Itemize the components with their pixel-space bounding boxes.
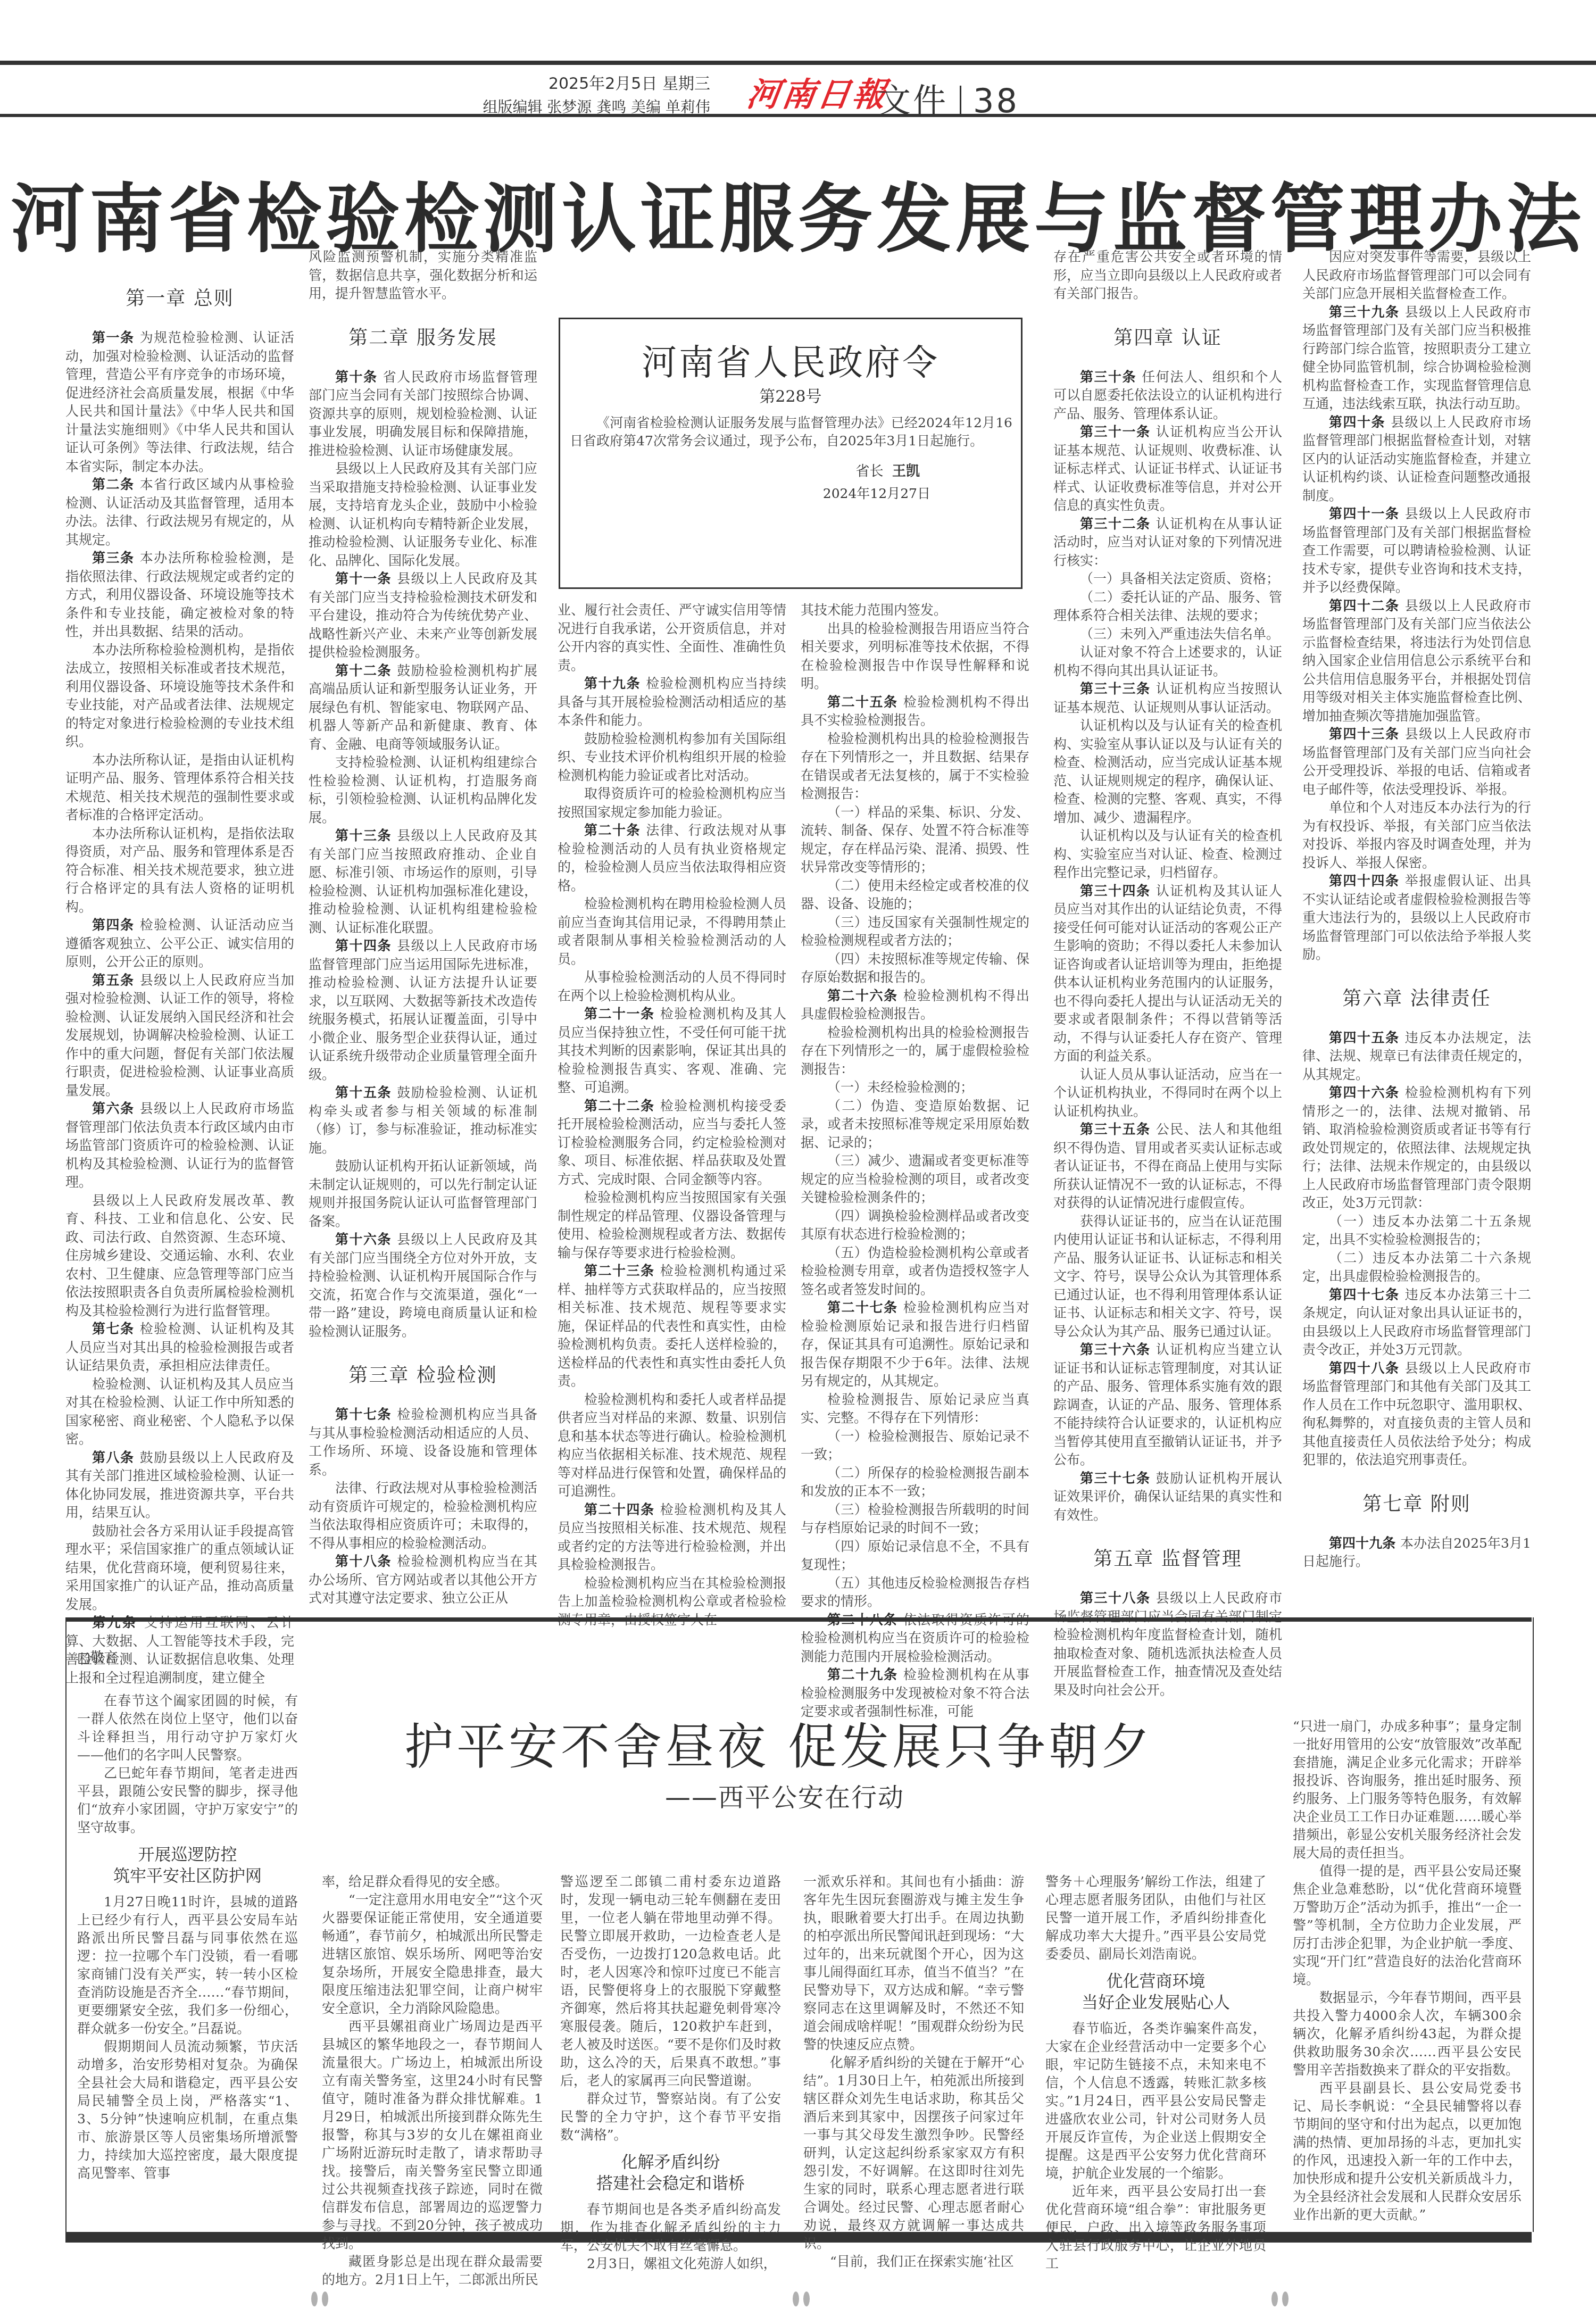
article-paragraph: 本办法所称认证机构，是指依法取得资质，对产品、服务和管理体系是否符合标准、相关技…: [65, 825, 294, 917]
article-text: 县级以上人民政府市场监督管理部门及有关部门应当依法公示监督检查结果，将违法行为处…: [1302, 598, 1531, 724]
chapter-heading: 第七章 附则: [1302, 1493, 1531, 1516]
article-number: 第四十条: [1329, 414, 1391, 430]
chapter-heading: 第一章 总则: [65, 287, 294, 311]
feature-paragraph: 乙巳蛇年春节期间，笔者走进西平县，跟随公安民警的脚步，探寻他们“放弃小家团圆，守…: [77, 1764, 298, 1837]
article-text: 从事检验检测活动的人员不得同时在两个以上检验检测机构从业。: [558, 969, 786, 1003]
article-paragraph: 第十二条 鼓励检验检测机构扩展高端品质认证和新型服务认证业务，开展绿色有机、智能…: [309, 662, 537, 754]
article-number: 第八条: [92, 1450, 140, 1465]
article-paragraph: 从事检验检测活动的人员不得同时在两个以上检验检测机构从业。: [558, 968, 786, 1005]
feature-paragraph: 春节期间也是各类矛盾纠纷高发期，作为排查化解矛盾纠纷的主力军，公安机关不敢有丝毫…: [560, 2201, 781, 2255]
article-number: 第二十三条: [584, 1263, 660, 1278]
feature-paragraph: 假期期间人员流动频繁，节庆活动增多，治安形势相对复杂。为确保全县社会大局和谐稳定…: [77, 2038, 298, 2182]
article-paragraph: 单位和个人对违反本办法行为的行为有权投诉、举报，有关部门应当依法对投诉、举报内容…: [1302, 799, 1531, 872]
article-paragraph: 检验检测、认证机构及其人员应当对其在检验检测、认证工作中所知悉的国家秘密、商业秘…: [65, 1375, 294, 1449]
feature-paragraph: “一定注意用水用电安全”“这个灭火器要保证能正常使用，安全通道要畅通”，春节前夕…: [322, 1891, 543, 2018]
article-paragraph: 检验检测机构和委托人或者样品提供者应当对样品的来源、数量、识别信息和基本状态等进…: [558, 1391, 786, 1501]
decree-date: 2024年12月27日: [823, 483, 930, 502]
article-text: （二）伪造、变造原始数据、记录，或者未按照标准等规定采用原始数据、记录的；: [801, 1098, 1029, 1150]
article-text: （二）违反本办法第二十六条规定，出具虚假检验检测报告的。: [1302, 1250, 1531, 1284]
feature-paragraph: 1月27日晚11时许，县城的道路上已经少有行人，西平县公安局车站路派出所民警吕磊…: [77, 1893, 298, 2038]
article-paragraph: 检验检测机构在聘用检验检测人员前应当查询其信用记录，不得聘用禁止或者限制从事相关…: [558, 895, 786, 968]
article-text: （一）未经检验检测的；: [827, 1080, 974, 1095]
article-number: 第十一条: [335, 571, 397, 586]
article-number: 第三十三条: [1080, 681, 1156, 696]
article-number: 第三十一条: [1080, 424, 1156, 439]
government-decree-box: 河南省人民政府令 第228号 《河南省检验检测认证服务发展与监督管理办法》已经2…: [559, 318, 1023, 589]
feature-paragraph: 在春节这个阖家团圆的时候，有一群人依然在岗位上坚守，他们以奋斗诠释担当，用行动守…: [77, 1692, 298, 1764]
article-number: 第十四条: [335, 938, 397, 953]
article-text: 认证机构以及与认证有关的检查机构、实验室应当对认证、检查、检测过程作出完整记录，…: [1053, 828, 1282, 880]
article-number: 第二十条: [584, 823, 646, 838]
signer-name: 王凯: [892, 463, 920, 479]
article-text: 业、履行社会责任、严守诚实信用等情况进行自我承诺，公开资质信息，并对公开内容的真…: [558, 602, 786, 673]
decree-title: 河南省人民政府令: [560, 334, 1021, 385]
feature-subtitle: ——西平公安在行动: [665, 1777, 904, 1814]
article-number: 第十六条: [335, 1232, 397, 1247]
decree-body: 《河南省检验检测认证服务发展与监督管理办法》已经2024年12月16日省政府第4…: [570, 414, 1012, 450]
article-text: 县级以上人民政府市场监督管理部门和其他有关部门及其工作人员在工作中玩忽职守、滥用…: [1302, 1360, 1531, 1468]
feature-paragraph: 一派欢乐祥和。其间也有小插曲：游客年先生因玩套圈游戏与摊主发生争执，眼瞅着要大打…: [803, 1873, 1024, 2054]
article-number: 第十二条: [335, 663, 397, 678]
feature-paragraph: 2月3日，嫘祖文化苑游人如织，: [560, 2255, 781, 2273]
article-paragraph: 第六条 县级以上人民政府市场监督管理部门依法负责本行政区域内由市场监管部门资质许…: [65, 1100, 294, 1192]
chapter-heading: 第二章 服务发展: [309, 327, 537, 350]
feature-paragraph: 西平县副县长、县公安局党委书记、局长李帆说：“全县民辅警将以春节期间的坚守和付出…: [1293, 2079, 1522, 2224]
article-paragraph: （三）减少、遗漏或者变更标准等规定的应当检验检测的项目，或者改变关键检验检测条件…: [801, 1152, 1029, 1207]
article-paragraph: 认证人员从事认证活动，应当在一个认证机构执业，不得同时在两个以上认证机构执业。: [1053, 1066, 1282, 1121]
masthead-bottom-rule: [0, 114, 1596, 117]
article-paragraph: （五）伪造检验检测机构公章或者检验检测专用章，或者伪造授权签字人签名或者签发时间…: [801, 1244, 1029, 1299]
article-paragraph: 认证对象不符合上述要求的，认证机构不得向其出具认证证书。: [1053, 643, 1282, 680]
feature-paragraph: 西平县嫘祖商业广场周边是西平县城区的繁华地段之一，春节期间人流量很大。广场边上，…: [322, 2018, 543, 2253]
article-paragraph: （二）违反本办法第二十六条规定，出具虚假检验检测报告的。: [1302, 1249, 1531, 1286]
masthead-meta: 2025年2月5日 星期三 组版编辑 张梦源 龚鸣 美编 单莉伟: [483, 72, 710, 119]
article-number: 第三十二条: [1080, 516, 1156, 532]
regulation-column-6: 因应对突发事件等需要，县级以上人民政府市场监督管理部门可以会同有关部门应急开展相…: [1302, 248, 1531, 1571]
article-number: 第四十三条: [1329, 726, 1405, 742]
article-text: 检验检测机构出具的检验检测报告存在下列情形之一，并且数据、结果存在错误或者无法复…: [801, 731, 1029, 802]
article-paragraph: 第三十七条 鼓励认证机构开展认证效果评价，确保认证结果的真实性和有效性。: [1053, 1470, 1282, 1525]
article-paragraph: 取得资质许可的检验检测机构应当按照国家规定参加能力验证。: [558, 785, 786, 821]
article-paragraph: （三）违反国家有关强制性规定的检验检测规程或者方法的；: [801, 914, 1029, 950]
article-number: 第四十七条: [1329, 1287, 1405, 1302]
feature-byline: □敬言: [77, 1647, 118, 1666]
section-divider: [960, 86, 961, 115]
article-text: 县级以上人民政府市场监督管理部门应当运用国际先进标准，推动检验检测、认证方法提升…: [309, 938, 537, 1082]
article-text: 认证机构及其认证人员应当对其作出的认证结论负责，不得接受任何可能对认证活动的客观…: [1053, 883, 1282, 1064]
article-paragraph: 第三十一条 认证机构应当公开认证基本规范、认证规则、收费标准、认证标志样式、认证…: [1053, 423, 1282, 515]
article-paragraph: （一）未经检验检测的；: [801, 1078, 1029, 1097]
feature-column-4: 一派欢乐祥和。其间也有小插曲：游客年先生因玩套圈游戏与摊主发生争执，眼瞅着要大打…: [803, 1873, 1024, 2271]
article-paragraph: 第十六条 县级以上人民政府及其有关部门应当围绕全方位对外开放，支持检验检测、认证…: [309, 1231, 537, 1341]
article-paragraph: 检验检测报告、原始记录应当真实、完整。不得存在下列情形：: [801, 1391, 1029, 1427]
article-text: 法律、行政法规对从事检验检测活动有资质许可规定的，检验检测机构应当依法取得相应资…: [309, 1480, 537, 1551]
article-text: 认证机构以及与认证有关的检查机构、实验室从事认证以及与认证有关的检查、检测活动，…: [1053, 718, 1282, 825]
article-paragraph: 认证机构以及与认证有关的检查机构、实验室从事认证以及与认证有关的检查、检测活动，…: [1053, 717, 1282, 827]
article-number: 第十八条: [335, 1554, 397, 1569]
article-paragraph: 第一条 为规范检验检测、认证活动，加强对检验检测、认证活动的监督管理，营造公平有…: [65, 329, 294, 476]
article-paragraph: 风险监测预警机制，实施分类精准监管，数据信息共享，强化数据分析和运用，提升智慧监…: [309, 248, 537, 303]
article-number: 第四十五条: [1329, 1030, 1405, 1045]
page-indicator-left: [311, 2292, 328, 2306]
regulation-column-2: 风险监测预警机制，实施分类精准监管，数据信息共享，强化数据分析和运用，提升智慧监…: [309, 248, 537, 1608]
article-paragraph: 第十五条 鼓励检验检测、认证机构牵头或者参与相关领域的标准制（修）订，参与标准验…: [309, 1084, 537, 1157]
article-paragraph: 第三十三条 认证机构应当按照认证基本规范、认证规则从事认证活动。: [1053, 680, 1282, 717]
article-number: 第二十四条: [584, 1502, 660, 1517]
article-paragraph: 第十九条 检验检测机构应当持续具备与其开展检验检测活动相适应的基本条件和能力。: [558, 675, 786, 730]
decree-number: 第228号: [560, 383, 1021, 406]
feature-column-5: 警务＋心理服务’解纷工作法，组建了心理志愿者服务团队，由他们与社区民警一道开展工…: [1045, 1873, 1266, 2273]
chapter-heading: 第六章 法律责任: [1302, 987, 1531, 1011]
article-text: 出具的检验检测报告用语应当符合相关要求，列明标准等技术依据，不得在检验检测报告中…: [801, 621, 1029, 692]
regulation-column-5: 存在严重危害公共安全或者环境的情形，应当立即向县级以上人民政府或者有关部门报告。…: [1053, 248, 1282, 1699]
article-text: 县级以上人民政府市场监督管理部门及有关部门应当积极推行跨部门综合监管，按照职责分…: [1302, 304, 1531, 412]
article-paragraph: 第二十五条 检验检测机构不得出具不实检验检测报告。: [801, 693, 1029, 730]
article-text: 检验检测机构通过采样、抽样等方式获取样品的，应当按照相关标准、技术规范、规程等要…: [558, 1263, 786, 1389]
article-text: （二）委托认证的产品、服务、管理体系符合相关法律、法规的要求；: [1053, 590, 1282, 624]
article-paragraph: 业、履行社会责任、严守诚实信用等情况进行自我承诺，公开资质信息，并对公开内容的真…: [558, 601, 786, 675]
regulation-column-1: 第一章 总则第一条 为规范检验检测、认证活动，加强对检验检测、认证活动的监督管理…: [65, 287, 294, 1687]
article-paragraph: 存在严重危害公共安全或者环境的情形，应当立即向县级以上人民政府或者有关部门报告。: [1053, 248, 1282, 303]
feature-paragraph: 警巡逻至二郎镇二甫村委东边道路时，发现一辆电动三轮车侧翻在麦田里，一位老人躺在带…: [560, 1873, 781, 2090]
article-paragraph: 第二十一条 检验检测机构及其人员应当保持独立性，不受任何可能干扰其技术判断的因素…: [558, 1005, 786, 1097]
article-text: 本办法所称认证，是指由认证机构证明产品、服务、管理体系符合相关技术规范、相关技术…: [65, 752, 294, 823]
article-text: 检验检测机构有下列情形之一的，法律、法规对撤销、吊销、取消检验检测资质或者证书等…: [1302, 1085, 1531, 1210]
article-paragraph: 第四十一条 县级以上人民政府市场监督管理部门及有关部门根据监督检查工作需要，可以…: [1302, 505, 1531, 597]
article-text: （三）检验检测报告所载明的时间与存档原始记录的时间不一致；: [801, 1502, 1029, 1536]
issue-date: 2025年2月5日 星期三: [483, 72, 710, 96]
article-text: （一）样品的采集、标识、分发、流转、制备、保存、处置不符合标准等规定，存在样品污…: [801, 804, 1029, 875]
article-number: 第十九条: [584, 676, 646, 691]
article-paragraph: 第八条 鼓励县级以上人民政府及其有关部门推进区域检验检测、认证一体化协同发展，推…: [65, 1449, 294, 1522]
article-paragraph: 县级以上人民政府及其有关部门应当采取措施支持检验检测、认证事业发展，支持培育龙头…: [309, 460, 537, 570]
article-paragraph: （三）检验检测报告所载明的时间与存档原始记录的时间不一致；: [801, 1501, 1029, 1538]
article-number: 第三十条: [1080, 369, 1142, 385]
article-paragraph: （一）样品的采集、标识、分发、流转、制备、保存、处置不符合标准等规定，存在样品污…: [801, 803, 1029, 877]
article-paragraph: 认证机构以及与认证有关的检查机构、实验室应当对认证、检查、检测过程作出完整记录，…: [1053, 827, 1282, 882]
article-paragraph: 第五条 县级以上人民政府应当加强对检验检测、认证工作的领导，将检验检测、认证发展…: [65, 972, 294, 1100]
article-paragraph: （四）原始记录信息不全，不具有复现性；: [801, 1538, 1029, 1574]
feature-subheading: 优化营商环境当好企业发展贴心人: [1045, 1971, 1266, 2013]
article-number: 第十三条: [335, 828, 397, 843]
feature-paragraph: “目前，我们正在探索实施‘社区: [803, 2253, 1024, 2271]
article-paragraph: （四）调换检验检测样品或者改变其原有状态进行检验检测的；: [801, 1207, 1029, 1244]
article-paragraph: 本办法所称检验检测机构，是指依法成立，按照相关标准或者技术规范，利用仪器设备、环…: [65, 641, 294, 751]
article-paragraph: 第四十九条 本办法自2025年3月1日起施行。: [1302, 1534, 1531, 1571]
article-number: 第四十六条: [1329, 1085, 1405, 1100]
regulation-column-3: 业、履行社会责任、严守诚实信用等情况进行自我承诺，公开资质信息，并对公开内容的真…: [558, 601, 786, 1629]
article-paragraph: 第二十条 法律、行政法规对从事检验检测活动的人员有执业资格规定的，检验检测人员应…: [558, 821, 786, 895]
feature-bottom-rule: [65, 2232, 1532, 2243]
feature-column-2: 率，给足群众看得见的安全感。“一定注意用水用电安全”“这个灭火器要保证能正常使用…: [322, 1873, 543, 2289]
article-number: 第三十五条: [1080, 1122, 1156, 1137]
article-text: 检验检测报告、原始记录应当真实、完整。不得存在下列情形：: [801, 1392, 1029, 1426]
article-paragraph: 第四十四条 举报虚假认证、出具不实认证结论或者虚假检验检测报告等重大违法行为的，…: [1302, 872, 1531, 964]
article-paragraph: 其技术能力范围内签发。: [801, 601, 1029, 620]
article-text: （一）违反本办法第二十五条规定，出具不实检验检测报告的；: [1302, 1214, 1531, 1248]
article-text: （二）使用未经检定或者校准的仪器、设备、设施的；: [801, 878, 1029, 912]
article-paragraph: 检验检测机构应当按照国家有关强制性规定的样品管理、仪器设备管理与使用、检验检测规…: [558, 1189, 786, 1262]
article-paragraph: （一）具备相关法定资质、资格；: [1053, 570, 1282, 588]
article-number: 第一条: [92, 330, 140, 345]
article-paragraph: （四）未按照标准等规定传输、保存原始数据和报告的。: [801, 950, 1029, 987]
article-paragraph: 第三十条 任何法人、组织和个人可以自愿委托依法设立的认证机构进行产品、服务、管理…: [1053, 368, 1282, 424]
feature-paragraph: 率，给足群众看得见的安全感。: [322, 1873, 543, 1891]
article-paragraph: 因应对突发事件等需要，县级以上人民政府市场监督管理部门可以会同有关部门应急开展相…: [1302, 248, 1531, 303]
article-paragraph: 第四条 检验检测、认证活动应当遵循客观独立、公平公正、诚实信用的原则，公开公正的…: [65, 916, 294, 972]
article-text: （三）违反国家有关强制性规定的检验检测规程或者方法的；: [801, 915, 1029, 949]
article-paragraph: 检验检测机构出具的检验检测报告存在下列情形之一的，属于虚假检验检测报告：: [801, 1024, 1029, 1079]
article-number: 第二十二条: [584, 1098, 660, 1114]
article-number: 第四十九条: [1329, 1535, 1400, 1551]
article-paragraph: 出具的检验检测报告用语应当符合相关要求，列明标准等技术依据，不得在检验检测报告中…: [801, 620, 1029, 693]
masthead-top-rule: [0, 61, 1596, 65]
article-text: （二）所保存的检验检测报告副本和发放的正本不一致；: [801, 1465, 1029, 1499]
article-paragraph: 本办法所称认证，是指由认证机构证明产品、服务、管理体系符合相关技术规范、相关技术…: [65, 751, 294, 825]
article-number: 第三条: [92, 550, 140, 566]
article-paragraph: 获得认证证书的，应当在认证范围内使用认证证书和认证标志，不得利用产品、服务认证证…: [1053, 1213, 1282, 1341]
article-number: 第七条: [92, 1321, 140, 1336]
article-paragraph: 第三条 本办法所称检验检测，是指依照法律、行政法规规定或者约定的方式，利用仪器设…: [65, 549, 294, 641]
article-paragraph: 第十条 省人民政府市场监督管理部门应当会同有关部门按照综合协调、资源共享的原则，…: [309, 368, 537, 460]
article-text: （三）减少、遗漏或者变更标准等规定的应当检验检测的项目，或者改变关键检验检测条件…: [801, 1153, 1029, 1205]
feature-paragraph: 近年来，西平县公安局打出一套优化营商环境“组合拳”：审批服务更便民，户政、出入境…: [1045, 2182, 1266, 2273]
feature-paragraph: 数据显示，今年春节期间，西平县共投入警力4000余人次，车辆300余辆次，化解矛…: [1293, 1989, 1522, 2079]
article-text: （四）未按照标准等规定传输、保存原始数据和报告的。: [801, 951, 1029, 985]
regulation-column-4: 其技术能力范围内签发。出具的检验检测报告用语应当符合相关要求，列明标准等技术依据…: [801, 601, 1029, 1721]
article-number: 第二十七条: [827, 1300, 903, 1315]
article-paragraph: 第十四条 县级以上人民政府市场监督管理部门应当运用国际先进标准，推动检验检测、认…: [309, 937, 537, 1084]
article-paragraph: （二）委托认证的产品、服务、管理体系符合相关法律、法规的要求；: [1053, 588, 1282, 625]
article-paragraph: （一）违反本办法第二十五条规定，出具不实检验检测报告的；: [1302, 1213, 1531, 1249]
article-number: 第三十四条: [1080, 883, 1156, 899]
article-text: 认证人员从事认证活动，应当在一个认证机构执业，不得同时在两个以上认证机构执业。: [1053, 1067, 1282, 1119]
feature-column-6: “只进一扇门，办成多种事”；量身定制一批好用管用的公安“放管服效”改革配套措施，…: [1293, 1717, 1522, 2224]
article-number: 第二条: [92, 477, 140, 492]
feature-paragraph: 春节临近，各类诈骗案件高发，大家在企业经营活动中一定要多个心眼，牢记防生链接不点…: [1045, 2020, 1266, 2182]
article-text: 因应对突发事件等需要，县级以上人民政府市场监督管理部门可以会同有关部门应急开展相…: [1302, 249, 1531, 301]
article-number: 第四十四条: [1329, 873, 1405, 889]
article-paragraph: 第三十二条 认证机构在从事认证活动时，应当对认证对象的下列情况进行核实：: [1053, 515, 1282, 570]
article-text: 本办法所称认证机构，是指依法取得资质，对产品、服务和管理体系是否符合标准、相关技…: [65, 826, 294, 915]
article-text: 检验检测机构出具的检验检测报告存在下列情形之一的，属于虚假检验检测报告：: [801, 1025, 1029, 1077]
article-paragraph: （三）未列入严重违法失信名单。: [1053, 625, 1282, 644]
article-number: 第三十七条: [1080, 1471, 1156, 1486]
article-number: 第十条: [335, 369, 383, 385]
article-paragraph: 第十三条 县级以上人民政府及其有关部门应当按照政府推动、企业自愿、标准引领、市场…: [309, 827, 537, 937]
article-text: 鼓励检验检测机构参加有关国际组织、专业技术评价机构组织开展的检验检测机构能力验证…: [558, 731, 786, 783]
article-paragraph: 第二十二条 检验检测机构接受委托开展检验检测活动，应当与委托人签订检验检测服务合…: [558, 1097, 786, 1189]
article-number: 第六条: [92, 1101, 140, 1116]
article-paragraph: 县级以上人民政府发展改革、教育、科技、工业和信息化、公安、民政、司法行政、自然资…: [65, 1192, 294, 1321]
article-number: 第三十九条: [1329, 304, 1405, 320]
article-paragraph: 第四十二条 县级以上人民政府市场监督管理部门及有关部门应当依法公示监督检查结果，…: [1302, 597, 1531, 726]
feature-paragraph: 化解矛盾纠纷的关键在于解开“心结”。1月30日上午，柏苑派出所接到辖区群众刘先生…: [803, 2054, 1024, 2253]
article-paragraph: 第二条 本省行政区域内从事检验检测、认证活动及其监督管理，适用本办法。法律、行政…: [65, 476, 294, 549]
article-text: 鼓励认证机构开拓认证新领域，尚未制定认证规则的，可以先行制定认证规则并报国务院认…: [309, 1158, 537, 1229]
article-paragraph: 第四十条 县级以上人民政府市场监督管理部门根据监督检查计划，对辖区内的认证活动实…: [1302, 413, 1531, 505]
article-text: 存在严重危害公共安全或者环境的情形，应当立即向县级以上人民政府或者有关部门报告。: [1053, 249, 1282, 301]
article-text: 取得资质许可的检验检测机构应当按照国家规定参加能力验证。: [558, 786, 786, 820]
article-text: 其技术能力范围内签发。: [801, 602, 947, 618]
article-text: 为规范检验检测、认证活动，加强对检验检测、认证活动的监督管理，营造公平有序竞争的…: [65, 330, 294, 474]
article-text: （三）未列入严重违法失信名单。: [1080, 626, 1279, 642]
decree-signature: 省长 王凯: [855, 460, 920, 480]
article-paragraph: （五）其他违反检验检测报告存档要求的情形。: [801, 1574, 1029, 1611]
article-text: 县级以上人民政府及其有关部门应当围绕全方位对外开放，支持检验检测、认证机构开展国…: [309, 1232, 537, 1339]
article-number: 第二十六条: [827, 988, 903, 1003]
article-text: 获得认证证书的，应当在认证范围内使用认证证书和认证标志，不得利用产品、服务认证证…: [1053, 1214, 1282, 1339]
feature-paragraph: 警务＋心理服务’解纷工作法，组建了心理志愿者服务团队，由他们与社区民警一道开展工…: [1045, 1873, 1266, 1963]
article-paragraph: 第四十七条 违反本办法第三十二条规定，向认证对象出具认证证书的，由县级以上人民政…: [1302, 1286, 1531, 1359]
article-text: （四）原始记录信息不全，不具有复现性；: [801, 1539, 1029, 1573]
article-number: 第十七条: [335, 1407, 397, 1422]
article-text: 检验检测、认证机构及其人员应当对其在检验检测、认证工作中所知悉的国家秘密、商业秘…: [65, 1376, 294, 1447]
article-paragraph: 第三十五条 公民、法人和其他组织不得伪造、冒用或者买卖认证标志或者认证证书，不得…: [1053, 1120, 1282, 1213]
feature-subheading: 化解矛盾纠纷搭建社会稳定和谐桥: [560, 2152, 781, 2194]
article-paragraph: 鼓励社会各方采用认证手段提高管理水平；采信国家推广的重点领域认证结果，优化营商环…: [65, 1522, 294, 1614]
article-text: （五）伪造检验检测机构公章或者检验检测专用章，或者伪造授权签字人签名或者签发时间…: [801, 1245, 1029, 1297]
article-text: 县级以上人民政府及其有关部门应当采取措施支持检验检测、认证事业发展，支持培育龙头…: [309, 461, 537, 568]
article-text: 县级以上人民政府及其有关部门应当按照政府推动、企业自愿、标准引领、市场运作的原则…: [309, 828, 537, 935]
article-text: 风险监测预警机制，实施分类精准监管，数据信息共享，强化数据分析和运用，提升智慧监…: [309, 249, 537, 301]
feature-title: 护平安不舍昼夜 促发展只争朝夕: [404, 1708, 1153, 1778]
article-paragraph: 检验检测机构出具的检验检测报告存在下列情形之一，并且数据、结果存在错误或者无法复…: [801, 730, 1029, 803]
article-paragraph: 第四十三条 县级以上人民政府市场监督管理部门及有关部门应当向社会公开受理投诉、举…: [1302, 725, 1531, 799]
article-text: 检验检测机构在聘用检验检测人员前应当查询其信用记录，不得聘用禁止或者限制从事相关…: [558, 896, 786, 967]
article-paragraph: 支持检验检测、认证机构组建综合性检验检测、认证机构，打造服务商标，引领检验检测、…: [309, 753, 537, 827]
article-text: 认证对象不符合上述要求的，认证机构不得向其出具认证证书。: [1053, 644, 1282, 678]
article-number: 第二十一条: [584, 1006, 660, 1022]
feature-paragraph: 值得一提的是，西平县公安局还聚焦企业急难愁盼，以“优化营商环境暨万警助万企”活动…: [1293, 1862, 1522, 1989]
article-number: 第四十八条: [1329, 1360, 1405, 1376]
page-indicator-right: [1271, 2292, 1289, 2306]
article-text: 检验检测机构和委托人或者样品提供者应当对样品的来源、数量、识别信息和基本状态等进…: [558, 1392, 786, 1499]
article-paragraph: 第十一条 县级以上人民政府及其有关部门应当支持检验检测技术研发和平台建设，推动符…: [309, 570, 537, 662]
article-paragraph: 第二十三条 检验检测机构通过采样、抽样等方式获取样品的，应当按照相关标准、技术规…: [558, 1262, 786, 1391]
article-paragraph: 第三十四条 认证机构及其认证人员应当对其作出的认证结论负责，不得接受任何可能对认…: [1053, 882, 1282, 1066]
article-text: （四）调换检验检测样品或者改变其原有状态进行检验检测的；: [801, 1208, 1029, 1242]
article-paragraph: 第十八条 检验检测机构应当在其办公场所、官方网站或者以其他公开方式对其遵守法定要…: [309, 1552, 537, 1608]
article-number: 第十五条: [335, 1085, 397, 1100]
chapter-heading: 第三章 检验检测: [309, 1364, 537, 1388]
article-paragraph: 第二十四条 检验检测机构及其人员应当按照相关标准、技术规范、规程或者约定的方法等…: [558, 1501, 786, 1574]
feature-column-1: 在春节这个阖家团圆的时候，有一群人依然在岗位上坚守，他们以奋斗诠释担当，用行动守…: [77, 1692, 298, 2182]
article-paragraph: 第四十八条 县级以上人民政府市场监督管理部门和其他有关部门及其工作人员在工作中玩…: [1302, 1359, 1531, 1470]
signer-role: 省长: [855, 463, 883, 479]
article-paragraph: 第二十六条 检验检测机构不得出具虚假检验检测报告。: [801, 987, 1029, 1024]
article-paragraph: 第四十五条 违反本办法规定，法律、法规、规章已有法律责任规定的，从其规定。: [1302, 1029, 1531, 1084]
article-text: 本办法所称检验检测机构，是指依法成立，按照相关标准或者技术规范，利用仪器设备、环…: [65, 642, 294, 750]
newspaper-logo: 河南日報: [744, 68, 892, 115]
article-text: （五）其他违反检验检测报告存档要求的情形。: [801, 1575, 1029, 1609]
chapter-heading: 第五章 监督管理: [1053, 1548, 1282, 1571]
feature-paragraph: “只进一扇门，办成多种事”；量身定制一批好用管用的公安“放管服效”改革配套措施，…: [1293, 1717, 1522, 1862]
article-number: 第四十一条: [1329, 506, 1405, 521]
article-paragraph: 第四十六条 检验检测机构有下列情形之一的，法律、法规对撤销、吊销、取消检验检测资…: [1302, 1084, 1531, 1213]
article-number: 第二十五条: [827, 694, 903, 710]
feature-column-3: 警巡逻至二郎镇二甫村委东边道路时，发现一辆电动三轮车侧翻在麦田里，一位老人躺在带…: [560, 1873, 781, 2273]
page-indicator-center: [793, 2292, 810, 2306]
article-number: 第四十二条: [1329, 598, 1405, 613]
article-paragraph: （一）检验检测报告、原始记录不一致；: [801, 1427, 1029, 1464]
article-paragraph: 第十七条 检验检测机构应当具备与其从事检验检测活动相适应的人员、工作场所、环境、…: [309, 1406, 537, 1479]
article-paragraph: 第七条 检验检测、认证机构及其人员应当对其出具的检验检测报告或者认证结果负责，承…: [65, 1320, 294, 1375]
article-paragraph: （二）伪造、变造原始数据、记录，或者未按照标准等规定采用原始数据、记录的；: [801, 1097, 1029, 1152]
feature-subheading: 开展巡逻防控筑牢平安社区防护网: [77, 1844, 298, 1887]
article-paragraph: 第三十九条 县级以上人民政府市场监督管理部门及有关部门应当积极推行跨部门综合监管…: [1302, 303, 1531, 413]
article-text: 支持检验检测、认证机构组建综合性检验检测、认证机构，打造服务商标，引领检验检测、…: [309, 754, 537, 825]
article-paragraph: 鼓励认证机构开拓认证新领域，尚未制定认证规则的，可以先行制定认证规则并报国务院认…: [309, 1157, 537, 1231]
feature-top-rule: [65, 1617, 1532, 1622]
article-text: 认证机构应当建立认证证书和认证标志管理制度，对其认证的产品、服务、管理体系实施有…: [1053, 1342, 1282, 1467]
chapter-heading: 第四章 认证: [1053, 327, 1282, 350]
article-paragraph: 法律、行政法规对从事检验检测活动有资质许可规定的，检验检测机构应当依法取得相应资…: [309, 1479, 537, 1552]
article-text: 鼓励社会各方采用认证手段提高管理水平；采信国家推广的重点领域认证结果，优化营商环…: [65, 1523, 294, 1612]
article-paragraph: 鼓励检验检测机构参加有关国际组织、专业技术评价机构组织开展的检验检测机构能力验证…: [558, 730, 786, 785]
feature-paragraph: 藏匿身影总是出现在群众最需要的地方。2月1日上午，二郎派出所民: [322, 2253, 543, 2289]
article-text: （一）检验检测报告、原始记录不一致；: [801, 1429, 1029, 1463]
article-number: 第三十六条: [1080, 1342, 1156, 1357]
article-paragraph: （二）使用未经检定或者校准的仪器、设备、设施的；: [801, 877, 1029, 914]
feature-paragraph: 群众过节，警察站岗。有了公安民警的全力守护，这个春节平安指数“满格”。: [560, 2090, 781, 2144]
article-paragraph: （二）所保存的检验检测报告副本和发放的正本不一致；: [801, 1464, 1029, 1501]
article-paragraph: 第二十七条 检验检测机构应当对检验检测原始记录和报告进行归档留存，保证其具有可追…: [801, 1299, 1029, 1391]
article-number: 第四条: [92, 917, 140, 933]
article-number: 第三十八条: [1080, 1590, 1156, 1606]
article-text: 检验检测机构应当按照国家有关强制性规定的样品管理、仪器设备管理与使用、检验检测规…: [558, 1190, 786, 1260]
article-number: 第五条: [92, 973, 140, 988]
article-text: 县级以上人民政府发展改革、教育、科技、工业和信息化、公安、民政、司法行政、自然资…: [65, 1193, 294, 1318]
article-paragraph: 第三十六条 认证机构应当建立认证证书和认证标志管理制度，对其认证的产品、服务、管…: [1053, 1341, 1282, 1470]
article-text: （一）具备相关法定资质、资格；: [1080, 571, 1279, 586]
article-text: 县级以上人民政府应当加强对检验检测、认证工作的领导，将检验检测、认证发展纳入国民…: [65, 973, 294, 1098]
article-text: 单位和个人对违反本办法行为的行为有权投诉、举报，有关部门应当依法对投诉、举报内容…: [1302, 800, 1531, 870]
